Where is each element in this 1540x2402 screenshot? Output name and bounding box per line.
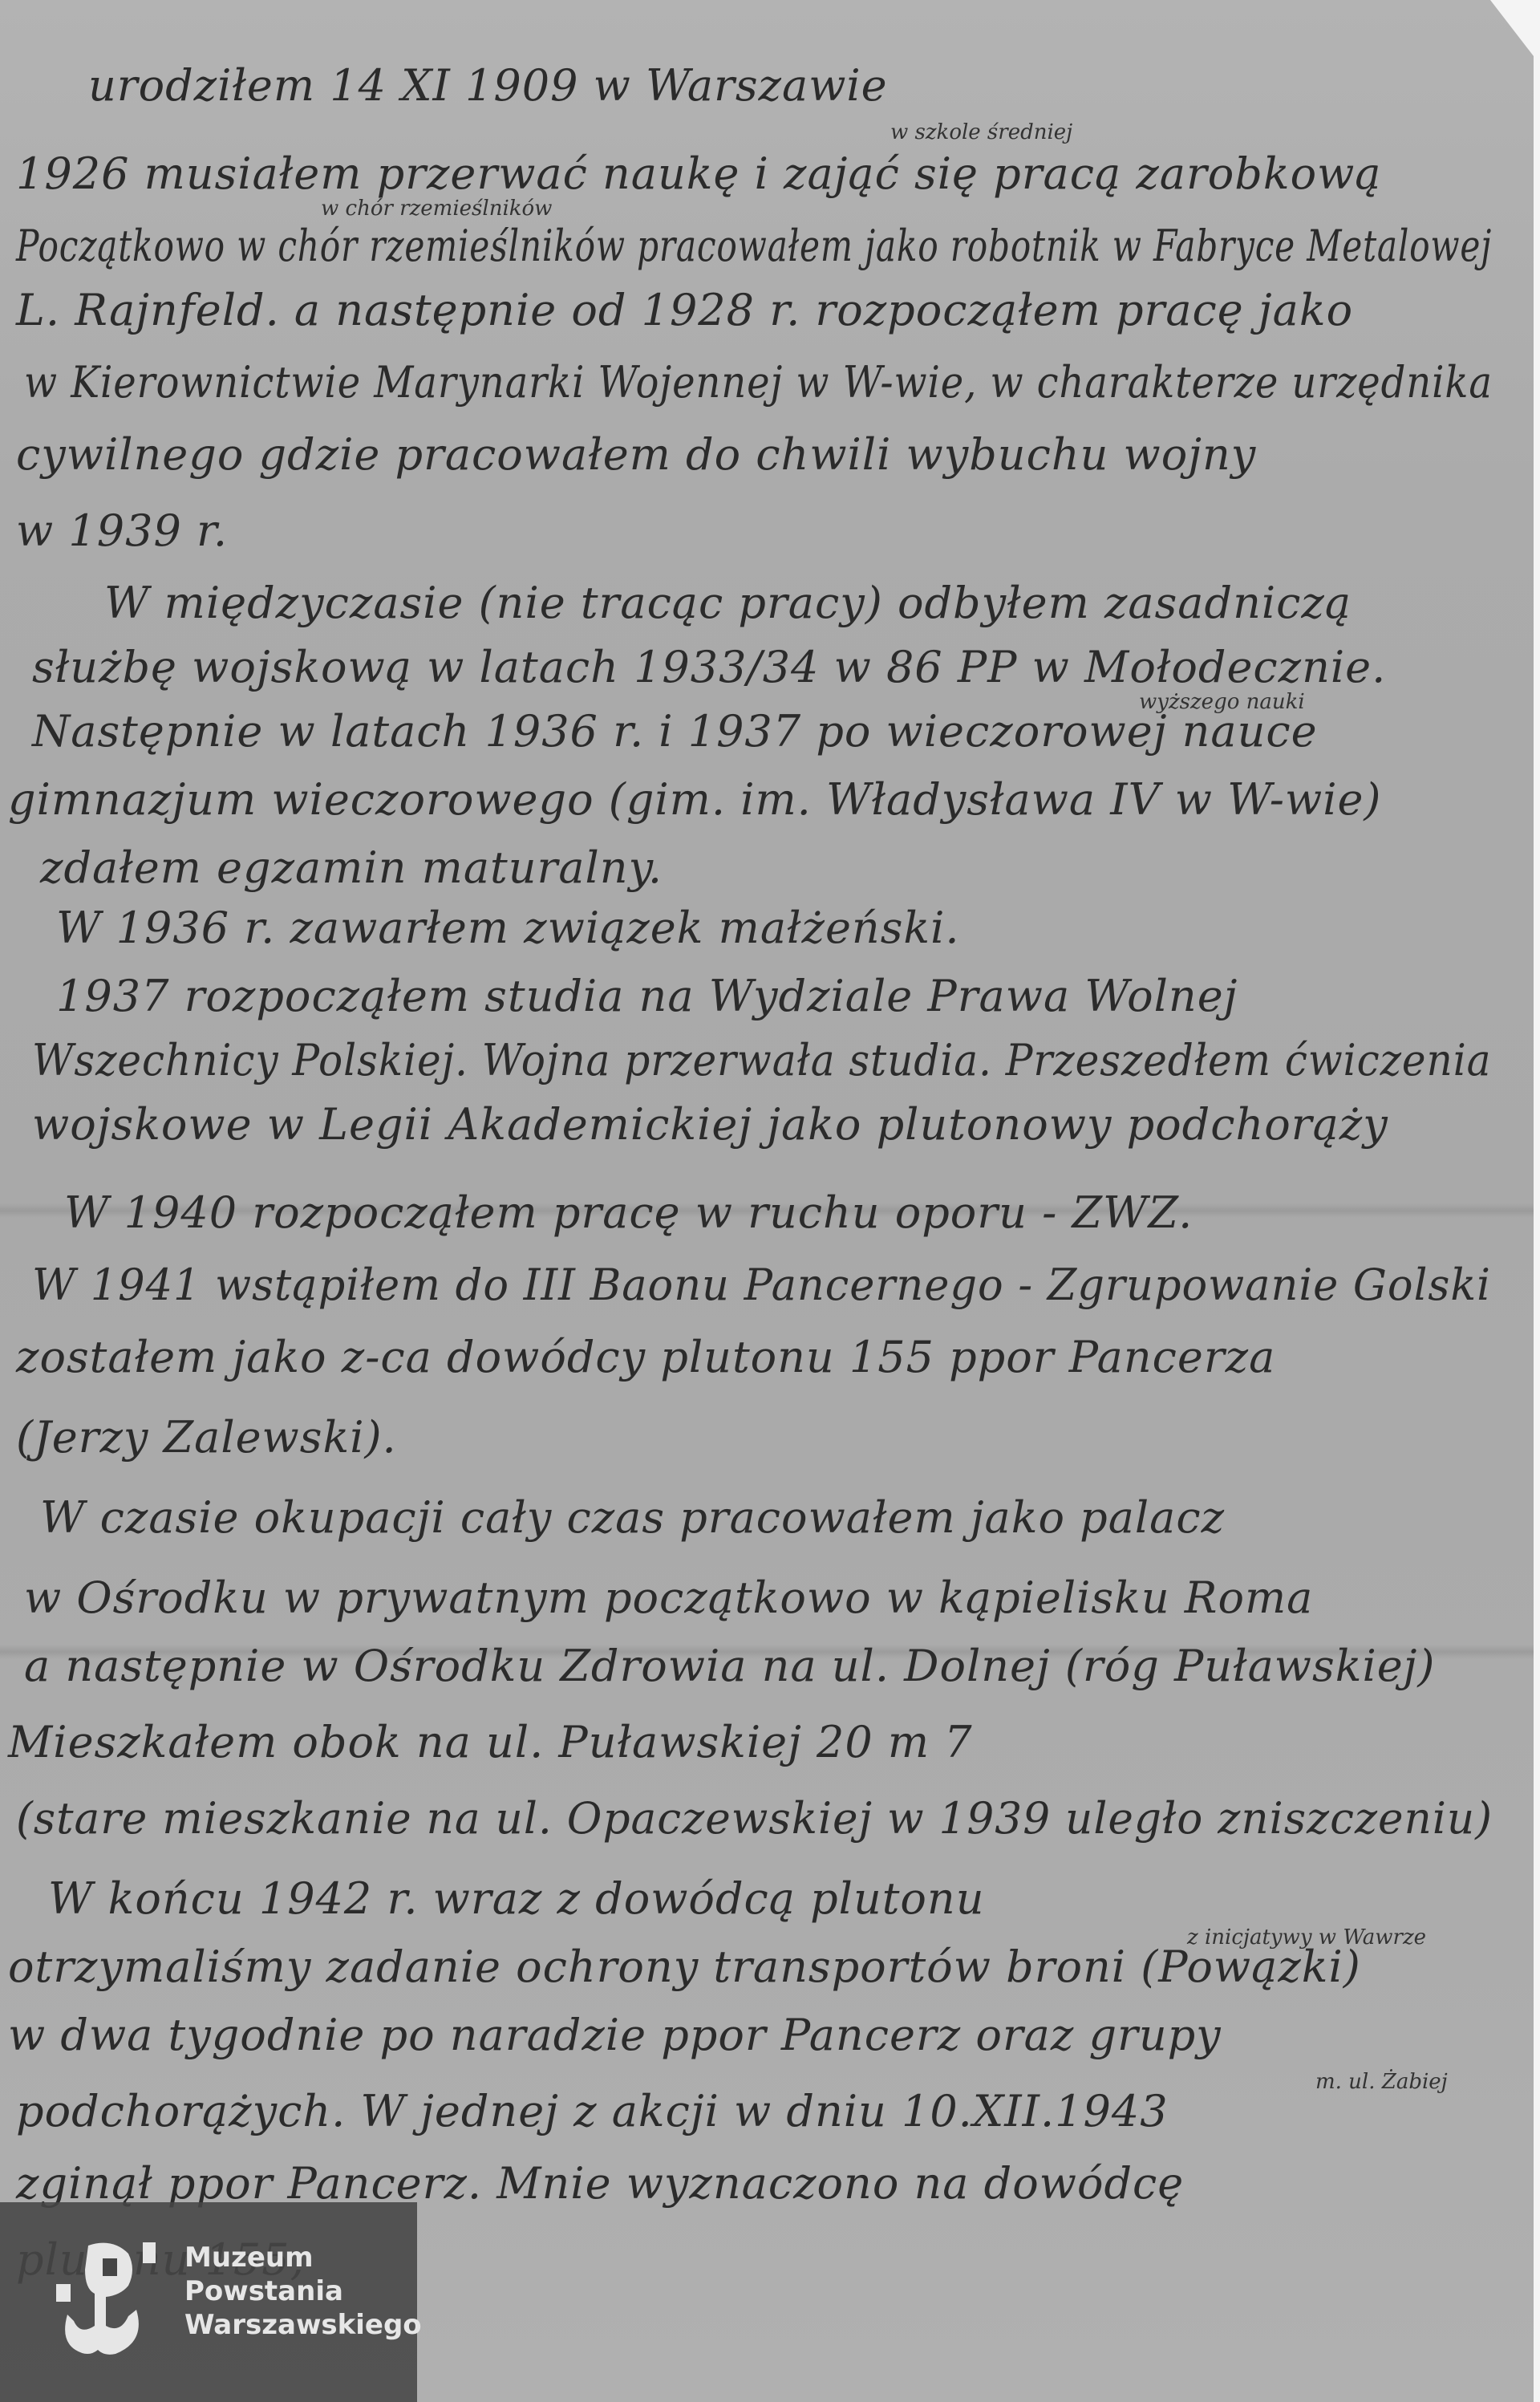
handwritten-line: L. Rajnfeld. a następnie od 1928 r. rozp… [16,285,1353,335]
handwritten-line: Mieszkałem obok na ul. Puławskiej 20 m 7 [8,1717,973,1767]
handwritten-line: zostałem jako z-ca dowódcy plutonu 155 p… [16,1332,1275,1382]
handwritten-line: Następnie w latach 1936 r. i 1937 po wie… [32,706,1318,757]
handwritten-line: (stare mieszkanie na ul. Opaczewskiej w … [16,1793,1493,1844]
handwritten-line: w dwa tygodnie po naradzie ppor Pancerz … [8,2010,1222,2060]
museum-name: Muzeum Powstania Warszawskiego [184,2241,422,2342]
anchor-kotwica-icon [56,2238,160,2358]
handwritten-line: 1926 musiałem przerwać naukę i zająć się… [16,148,1382,199]
museum-watermark: Muzeum Powstania Warszawskiego [0,2202,417,2402]
handwritten-insertion: m. ul. Żabiej [1315,2070,1448,2094]
handwritten-line: W 1941 wstąpiłem do III Baonu Pancernego… [32,1260,1491,1310]
handwritten-line: w 1939 r. [16,505,228,556]
handwritten-line: W czasie okupacji cały czas pracowałem j… [40,1492,1225,1543]
document-paper: urodziłem 14 XI 1909 w Warszawie1926 mus… [0,0,1534,2402]
handwritten-line: podchorążych. W jednej z akcji w dniu 10… [16,2086,1169,2136]
handwritten-line: służbę wojskową w latach 1933/34 w 86 PP… [32,642,1386,692]
handwritten-line: w Ośrodku w prywatnym początkowo w kąpie… [24,1572,1313,1623]
handwritten-line: Początkowo w chór rzemieślników pracował… [16,221,1492,271]
handwritten-line: (Jerzy Zalewski). [16,1412,397,1463]
handwritten-line: 1937 rozpocząłem studia na Wydziale Praw… [56,971,1238,1021]
handwritten-line: W 1940 rozpocząłem pracę w ruchu oporu -… [64,1187,1193,1238]
handwritten-line: W 1936 r. zawarłem związek małżeński. [56,903,960,953]
handwritten-line: w Kierownictwie Marynarki Wojennej w W-w… [24,357,1493,408]
handwritten-line: urodziłem 14 XI 1909 w Warszawie [88,60,888,111]
handwritten-insertion: w szkole średniej [890,120,1072,144]
handwritten-line: zdałem egzamin maturalny. [40,842,663,893]
handwritten-line: otrzymaliśmy zadanie ochrony transportów… [8,1941,1361,1992]
handwritten-insertion: z inicjatywy w Wawrze [1187,1925,1426,1950]
handwritten-insertion: wyższego nauki [1139,690,1305,714]
handwritten-line: wojskowe w Legii Akademickiej jako pluto… [32,1099,1388,1150]
handwritten-line: W końcu 1942 r. wraz z dowódcą plutonu [48,1873,985,1924]
handwritten-insertion: w chór rzemieślników [321,197,552,221]
handwritten-line: Wszechnicy Polskiej. Wojna przerwała stu… [32,1035,1491,1085]
museum-name-line2: Powstania [184,2274,422,2308]
handwritten-line: cywilnego gdzie pracowałem do chwili wyb… [16,429,1256,480]
handwritten-line: zginął ppor Pancerz. Mnie wyznaczono na … [16,2158,1184,2209]
handwritten-line: W międzyczasie (nie tracąc pracy) odbyłe… [104,578,1352,628]
handwritten-line: a następnie w Ośrodku Zdrowia na ul. Dol… [24,1641,1436,1691]
museum-name-line3: Warszawskiego [184,2308,422,2342]
museum-name-line1: Muzeum [184,2241,422,2274]
handwritten-line: gimnazjum wieczorowego (gim. im. Władysł… [8,774,1382,825]
